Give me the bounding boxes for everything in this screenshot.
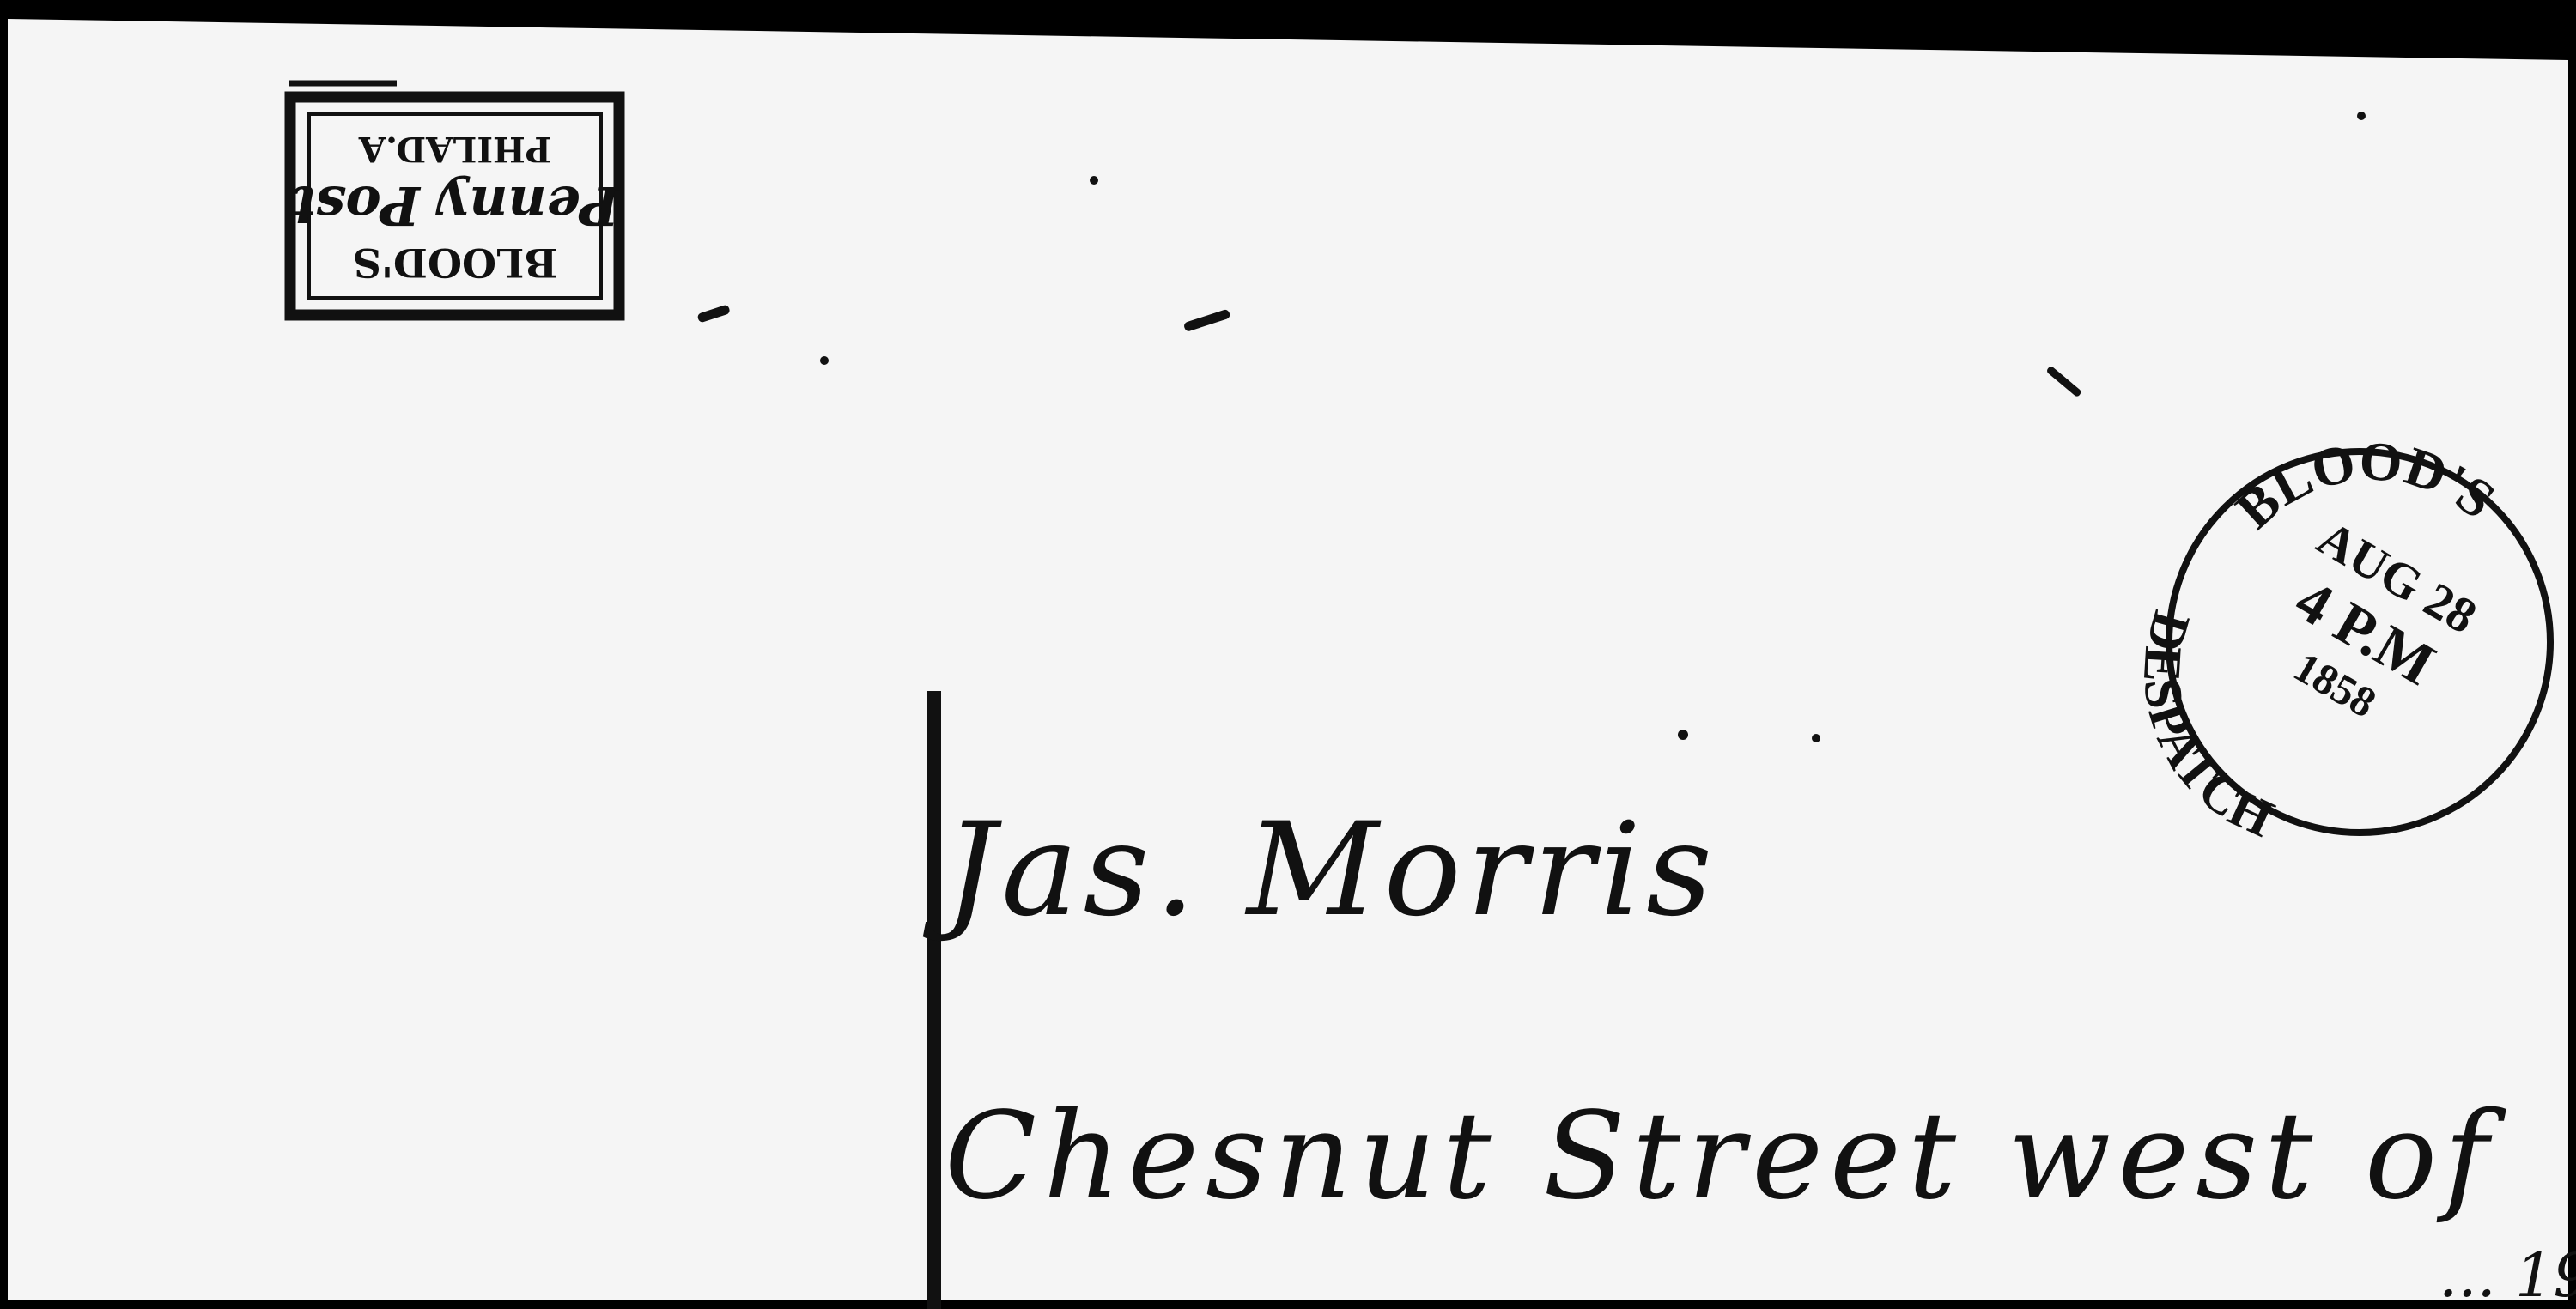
handstamp-line2: Penny Post [291,174,621,237]
envelope-markings: BLOOD'S Penny Post PHILAD.A BLOOD'S DESP… [0,0,2576,1309]
ink-specks [696,112,2366,742]
postmark-bottom-text: DESPATCH [2084,603,2326,851]
handwritten-address: Jas. Morris Chesnut Street west of ... 1… [922,796,2576,1309]
bloods-despatch-postmark: BLOOD'S DESPATCH AUG 28 4 P.M 1858 [2084,384,2550,851]
address-line1: Jas. Morris [922,796,1717,945]
handstamp-line3: PHILAD.A [358,129,551,169]
handstamp-line1: BLOOD'S [353,239,558,286]
svg-text:DESPATCH: DESPATCH [2084,603,2326,851]
address-line3: ... 19th [2439,1240,2576,1309]
bloods-penny-post-handstamp: BLOOD'S Penny Post PHILAD.A [289,83,621,315]
address-line2: Chesnut Street west of [945,1087,2506,1227]
